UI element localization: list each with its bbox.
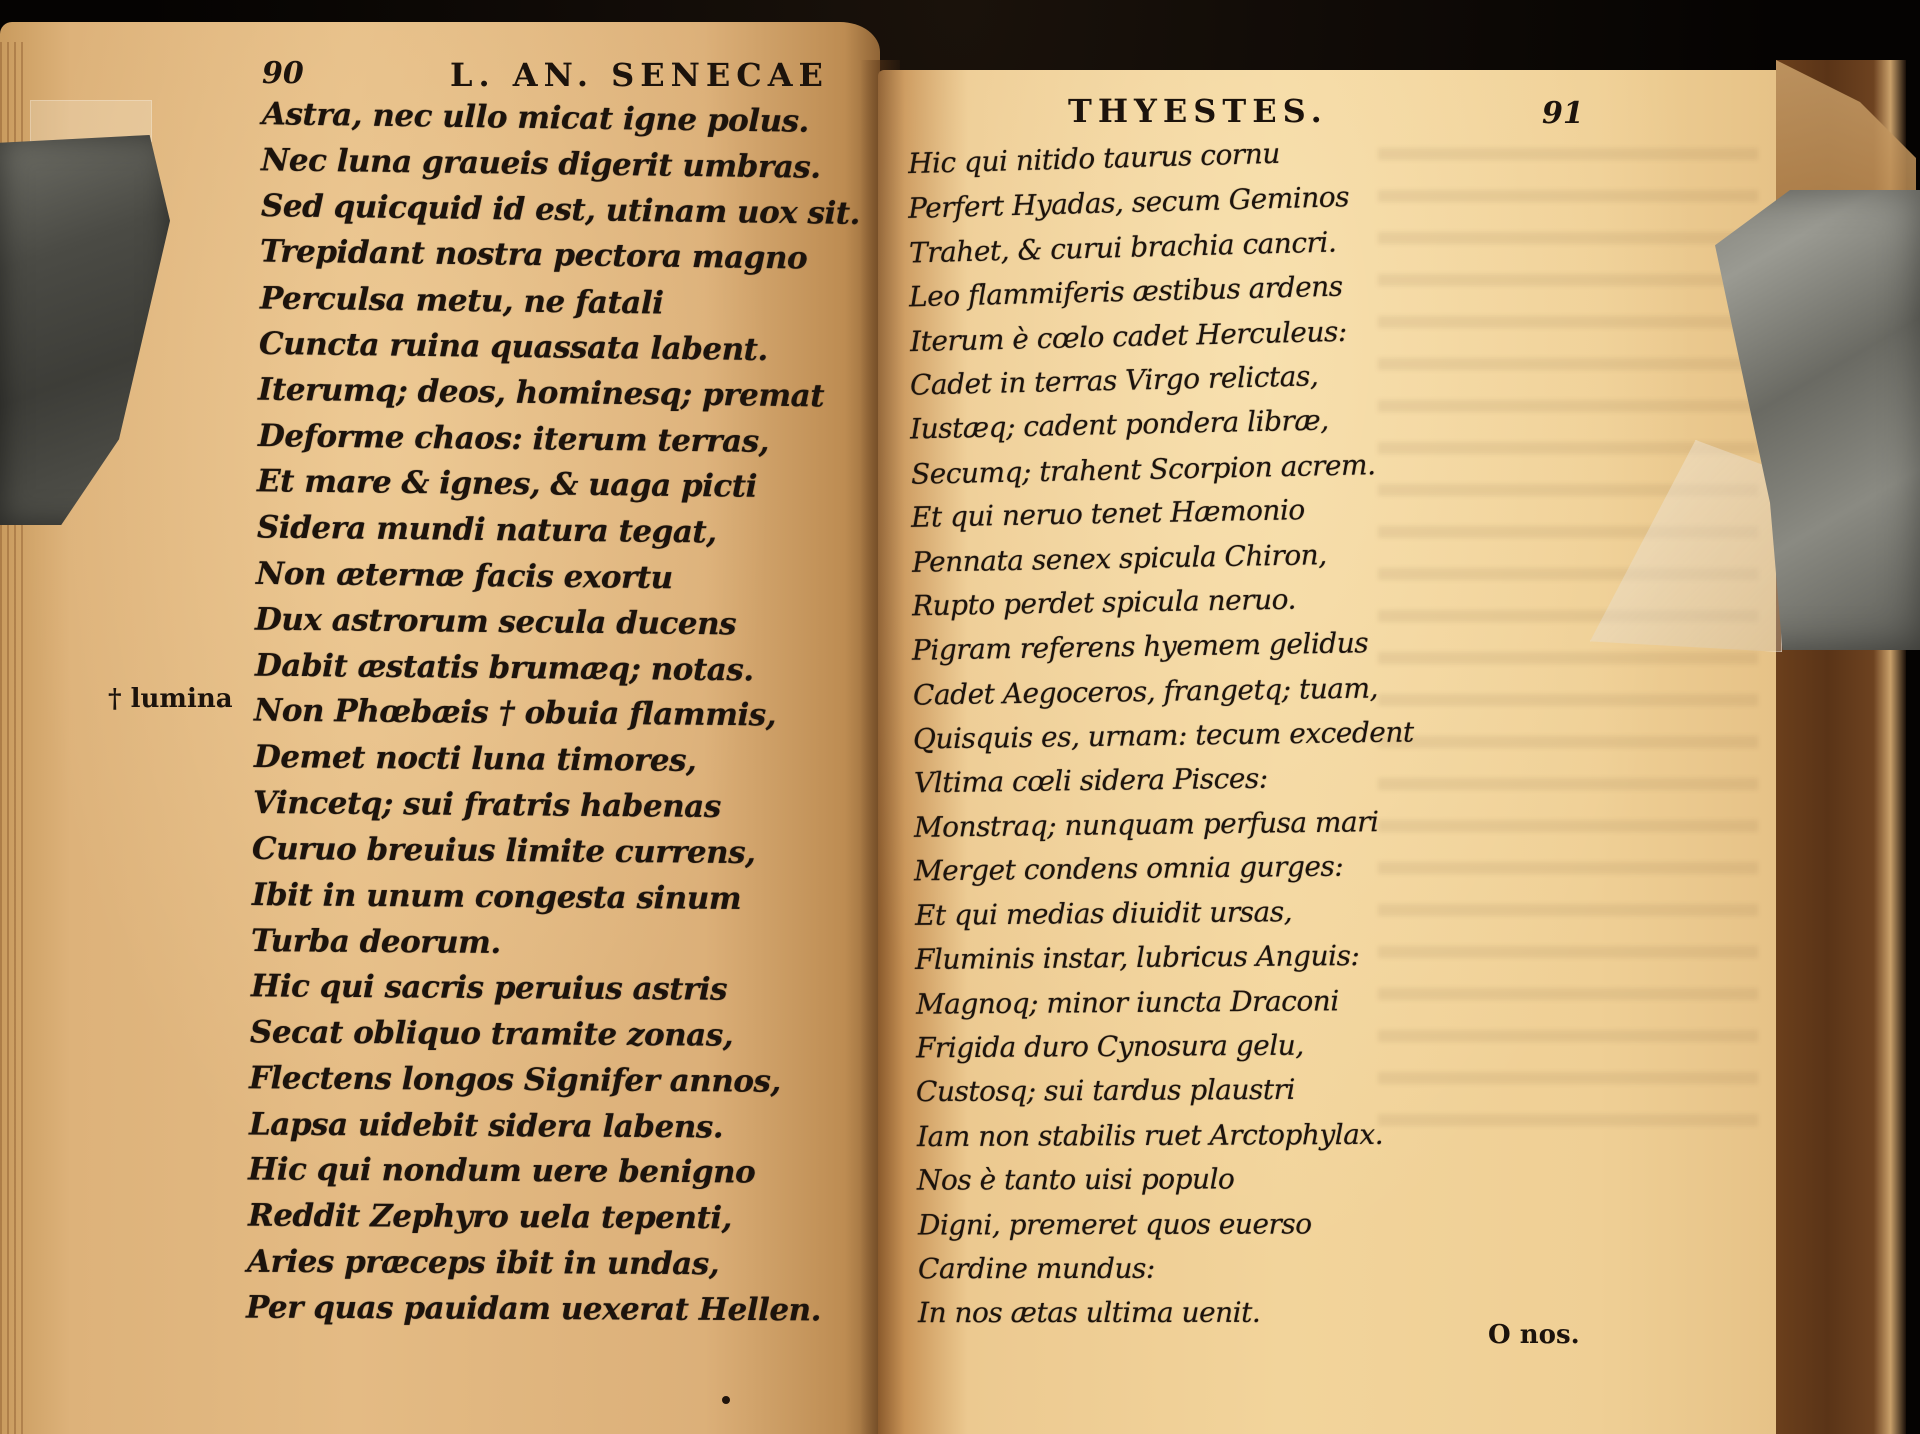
verse-line: Custosq; sui tardus plaustri bbox=[916, 1073, 1295, 1108]
right-page-number: 91 bbox=[1542, 96, 1584, 131]
verse-line: Et qui medias diuidit ursas, bbox=[915, 895, 1292, 932]
verse-line: Turba deorum. bbox=[251, 923, 501, 961]
verse-line: Iustæq; cadent pondera libræ, bbox=[910, 404, 1329, 446]
verse-line: Sidera mundi natura tegat, bbox=[256, 510, 716, 551]
verse-line: Perculsa metu, ne fatali bbox=[259, 281, 663, 322]
verse-line: Vltima cœli sidera Pisces: bbox=[913, 761, 1267, 799]
verse-line: Monstraq; nunquam perfusa mari bbox=[914, 805, 1379, 844]
verse-line: Astra, nec ullo micat igne polus. bbox=[262, 96, 809, 140]
verse-line: In nos ætas ultima uenit. bbox=[918, 1296, 1260, 1329]
printer-mark-dot bbox=[722, 1396, 730, 1404]
left-page-number: 90 bbox=[262, 56, 304, 91]
verse-line: Iterumq; deos, hominesq; premat bbox=[258, 371, 824, 414]
verse-line: Hic qui sacris peruius astris bbox=[250, 968, 726, 1007]
verse-line: Sed quicquid id est, utinam uox sit. bbox=[261, 188, 860, 232]
verse-line: Secumq; trahent Scorpion acrem. bbox=[911, 448, 1376, 491]
verse-line: Merget condens omnia gurges: bbox=[914, 850, 1344, 888]
verse-line: Per quas pauidam uexerat Hellen. bbox=[246, 1289, 821, 1328]
verse-line: Cadet Aegoceros, frangetq; tuam, bbox=[913, 671, 1378, 711]
verse-line: Pennata senex spicula Chiron, bbox=[911, 538, 1326, 579]
verse-line: Hic qui nondum uere benigno bbox=[248, 1152, 756, 1191]
right-page: THYESTES. 91 Hic qui nitido taurus cornu… bbox=[878, 70, 1778, 1434]
right-running-head: THYESTES. bbox=[1068, 92, 1328, 130]
book-photo: 90 L. AN. SENECAE † lumina Astra, nec ul… bbox=[0, 0, 1920, 1434]
verse-line: Nos è tanto uisi populo bbox=[917, 1163, 1234, 1197]
verse-line: Vincetq; sui fratris habenas bbox=[253, 785, 721, 825]
verse-line: Deforme chaos: iterum terras, bbox=[258, 418, 769, 460]
verse-line: Dabit æstatis brumæq; notas. bbox=[255, 647, 754, 688]
verse-line: Dux astrorum secula ducens bbox=[255, 601, 736, 642]
verse-line: Leo flammiferis æstibus ardens bbox=[909, 270, 1343, 314]
verse-line: Quisquis es, urnam: tecum excedent bbox=[913, 716, 1414, 756]
verse-line: Trepidant nostra pectora magno bbox=[260, 234, 808, 277]
verse-line: Perfert Hyadas, secum Geminos bbox=[908, 180, 1350, 225]
verse-line: Curuo breuius limite currens, bbox=[252, 831, 756, 871]
verse-line: Rupto perdet spicula neruo. bbox=[912, 583, 1296, 623]
verse-line: Cardine mundus: bbox=[918, 1252, 1155, 1285]
verse-line: Non æternæ facis exortu bbox=[256, 556, 673, 596]
verse-line: Fluminis instar, lubricus Anguis: bbox=[915, 939, 1360, 976]
verse-line: Trahet, & curui brachia cancri. bbox=[908, 225, 1336, 269]
clear-tape-left bbox=[30, 100, 152, 142]
verse-line: Magnoq; minor iuncta Draconi bbox=[915, 984, 1338, 1020]
verse-line: Secat obliquo tramite zonas, bbox=[250, 1014, 733, 1053]
verse-line: Cadet in terras Virgo relictas, bbox=[910, 359, 1319, 401]
left-running-head: L. AN. SENECAE bbox=[450, 56, 829, 94]
verse-line: Pigram referens hyemem gelidus bbox=[912, 627, 1369, 667]
verse-line: Non Phœbæis † obuia flammis, bbox=[254, 693, 776, 734]
verse-line: Aries præceps ibit in undas, bbox=[247, 1244, 719, 1282]
catchword: O nos. bbox=[1488, 1320, 1580, 1350]
verse-line: Digni, premeret quos euerso bbox=[918, 1207, 1312, 1241]
marginal-note: † lumina bbox=[108, 684, 233, 714]
verse-line: Demet nocti luna timores, bbox=[253, 739, 696, 779]
verse-line: Frigida duro Cynosura gelu, bbox=[916, 1029, 1304, 1065]
verse-line: Iterum è cœlo cadet Herculeus: bbox=[909, 314, 1346, 357]
verse-line: Hic qui nitido taurus cornu bbox=[908, 137, 1281, 180]
verse-line: Reddit Zephyro uela tepenti, bbox=[247, 1198, 731, 1237]
verse-line: Cuncta ruina quassata labent. bbox=[259, 326, 768, 368]
verse-line: Ibit in unum congesta sinum bbox=[252, 877, 741, 917]
verse-line: Et mare & ignes, & uaga picti bbox=[257, 464, 757, 506]
verse-line: Et qui neruo tenet Hæmonio bbox=[911, 493, 1305, 534]
verse-line: Flectens longos Signifer annos, bbox=[249, 1060, 781, 1100]
verse-line: Lapsa uidebit sidera labens. bbox=[249, 1106, 723, 1145]
verse-line: Iam non stabilis ruet Arctophylax. bbox=[917, 1118, 1383, 1153]
verse-line: Nec luna graueis digerit umbras. bbox=[261, 142, 821, 186]
